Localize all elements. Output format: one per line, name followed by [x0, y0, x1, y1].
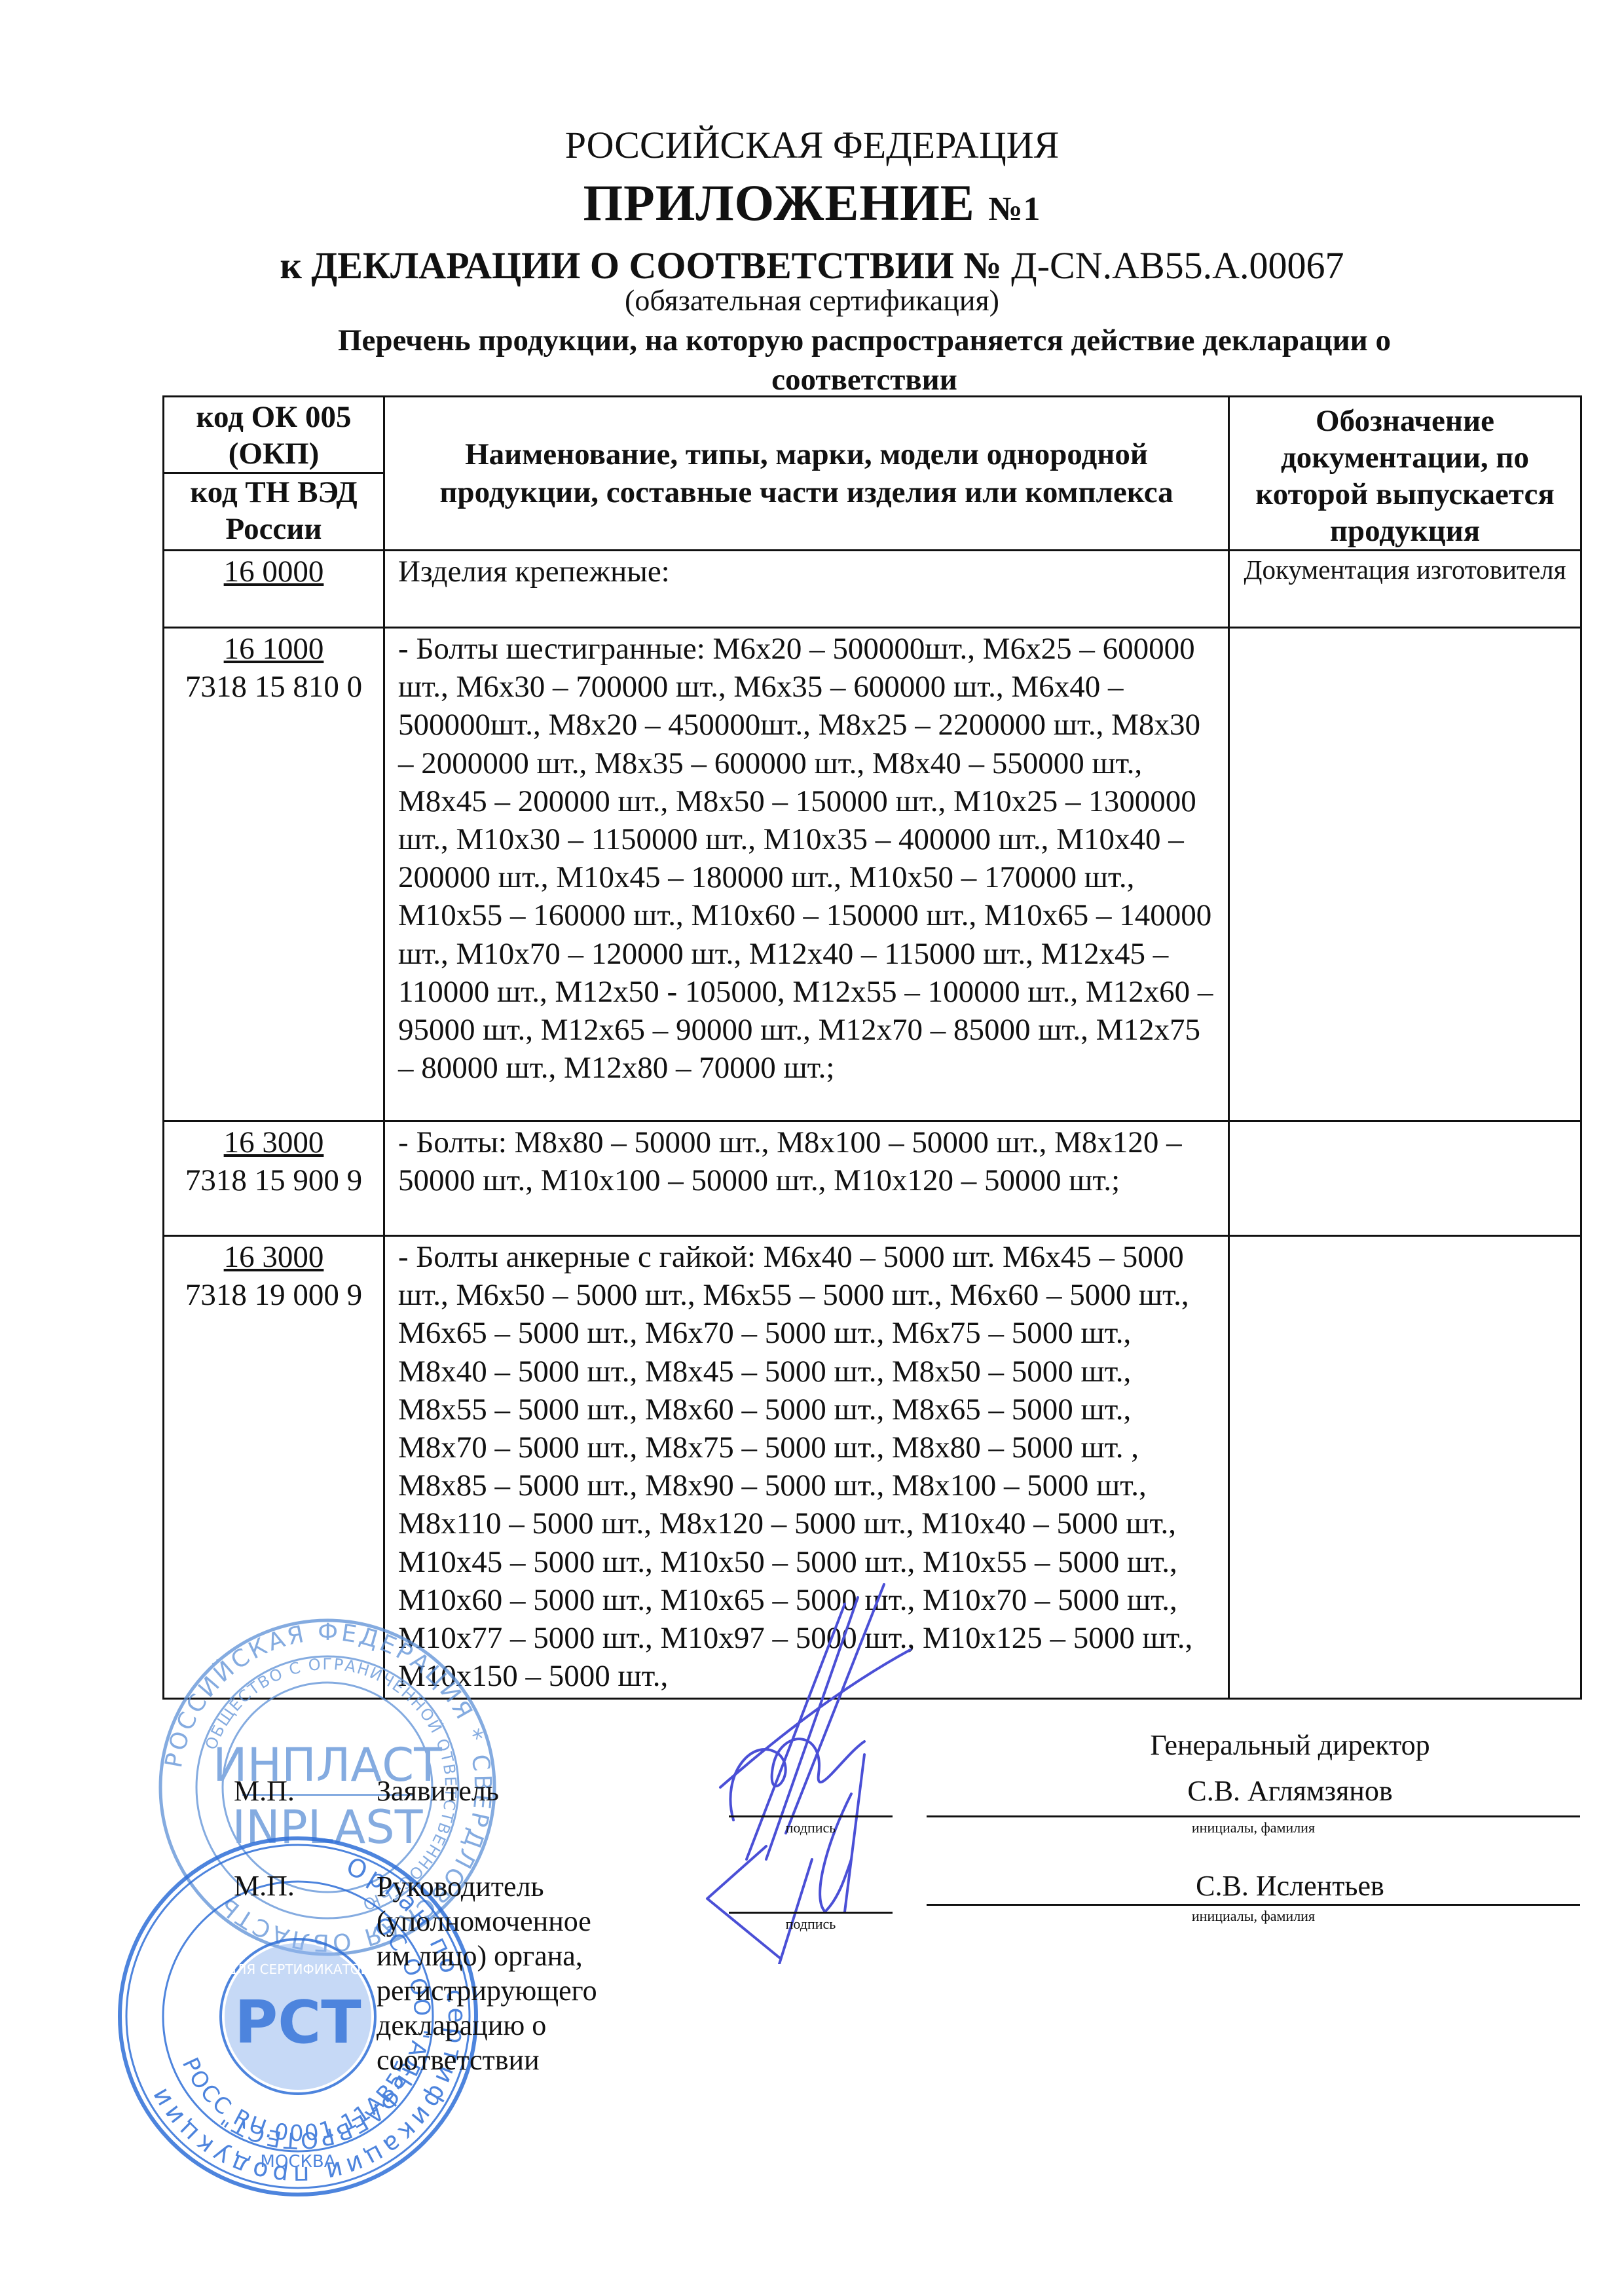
- authority-name: С.В. Ислентьев: [995, 1869, 1585, 1903]
- list-title: Перечень продукции, на которую распростр…: [288, 321, 1441, 399]
- annex-title: ПРИЛОЖЕНИЕ №1: [0, 173, 1624, 232]
- table-row: 16 3000 7318 19 000 9 - Болты анкерные с…: [164, 1236, 1581, 1699]
- tnved-code: 7318 19 000 9: [185, 1278, 362, 1312]
- annex-title-text: ПРИЛОЖЕНИЕ: [583, 174, 974, 231]
- docs-cell: [1229, 1236, 1581, 1699]
- authority-seal-label: М.П.: [234, 1869, 295, 1903]
- authority-name-caption: инициалы, фамилия: [927, 1908, 1580, 1925]
- applicant-role: Заявитель: [377, 1774, 499, 1808]
- authority-name-line: [927, 1904, 1580, 1906]
- okp-code: 16 1000: [164, 630, 383, 668]
- applicant-name-line: [927, 1815, 1580, 1817]
- applicant-position: Генеральный директор: [995, 1728, 1585, 1762]
- svg-text:РСТ: РСТ: [234, 1988, 361, 2057]
- description-cell: - Болты шестигранные: М6х20 – 500000шт.,…: [384, 628, 1229, 1121]
- tnved-code: 7318 15 810 0: [185, 670, 362, 704]
- applicant-signature-caption: подпись: [729, 1819, 893, 1836]
- applicant-name: С.В. Аглямзянов: [995, 1774, 1585, 1808]
- code-cell: 16 1000 7318 15 810 0: [164, 628, 384, 1121]
- okp-code: 16 3000: [164, 1238, 383, 1276]
- docs-cell: Документация изготовителя: [1229, 551, 1581, 628]
- okp-code: 16 0000: [164, 553, 383, 591]
- code-cell: 16 0000: [164, 551, 384, 628]
- okp-code: 16 3000: [164, 1123, 383, 1161]
- table-row: 16 3000 7318 15 900 9 - Болты: М8х80 – 5…: [164, 1121, 1581, 1236]
- header-row: код ОК 005 (ОКП) Наименование, типы, мар…: [164, 397, 1581, 473]
- table-row: 16 0000 Изделия крепежные: Документация …: [164, 551, 1581, 628]
- description-cell: Изделия крепежные:: [384, 551, 1229, 628]
- docs-cell: [1229, 628, 1581, 1121]
- applicant-seal-label: М.П.: [234, 1774, 295, 1808]
- header-code-tnved: код ТН ВЭД России: [164, 473, 384, 551]
- description-cell: - Болты анкерные с гайкой: М6х40 – 5000 …: [384, 1236, 1229, 1699]
- declaration-number: Д-CN.AB55.A.00067: [1011, 244, 1344, 287]
- description-cell: - Болты: М8х80 – 50000 шт., М8х100 – 500…: [384, 1121, 1229, 1236]
- declaration-prefix: к ДЕКЛАРАЦИИ О СООТВЕТСТВИИ №: [280, 244, 1001, 287]
- header-docs: Обозначение документации, по которой вып…: [1229, 397, 1581, 551]
- svg-text:INPLAST: INPLAST: [232, 1800, 423, 1854]
- country-heading: РОССИЙСКАЯ ФЕДЕРАЦИЯ: [0, 123, 1624, 167]
- authority-signature-caption: подпись: [729, 1916, 893, 1933]
- authority-role: Руководитель (уполномоченное им лицо) ор…: [377, 1869, 619, 2077]
- products-table: код ОК 005 (ОКП) Наименование, типы, мар…: [162, 395, 1582, 1700]
- docs-cell: [1229, 1121, 1581, 1236]
- tnved-code: 7318 15 900 9: [185, 1163, 362, 1197]
- svg-text:МОСКВА: МОСКВА: [260, 2152, 335, 2172]
- applicant-name-caption: инициалы, фамилия: [927, 1819, 1580, 1836]
- applicant-signature-line: [729, 1815, 893, 1817]
- code-cell: 16 3000 7318 19 000 9: [164, 1236, 384, 1699]
- header-code-okp: код ОК 005 (ОКП): [164, 397, 384, 473]
- table-row: 16 1000 7318 15 810 0 - Болты шестигранн…: [164, 628, 1581, 1121]
- certification-type: (обязательная сертификация): [0, 283, 1624, 318]
- svg-text:ДЛЯ СЕРТИФИКАТОВ: ДЛЯ СЕРТИФИКАТОВ: [227, 1961, 370, 1977]
- annex-number: №1: [988, 191, 1041, 228]
- declaration-line: к ДЕКЛАРАЦИИ О СООТВЕТСТВИИ № Д-CN.AB55.…: [0, 244, 1624, 287]
- header-name: Наименование, типы, марки, модели одноро…: [384, 397, 1229, 551]
- code-cell: 16 3000 7318 15 900 9: [164, 1121, 384, 1236]
- authority-signature-line: [729, 1912, 893, 1914]
